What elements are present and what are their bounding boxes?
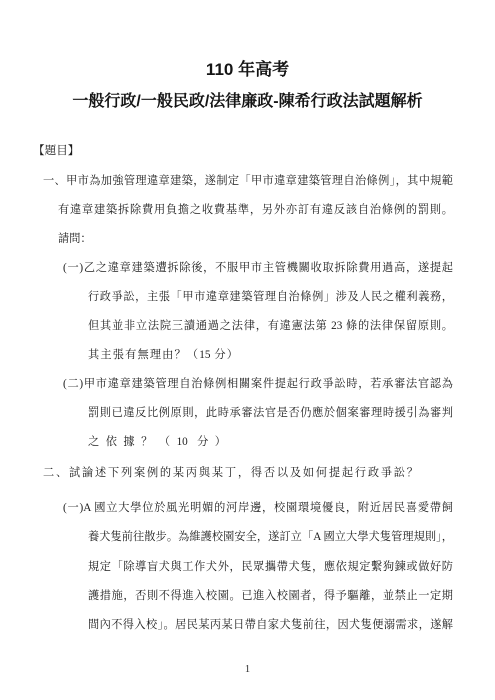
- q1-line-3: 請問：: [58, 231, 92, 247]
- section-heading: 【題目】: [33, 143, 79, 159]
- q2a-line-3: 規定「除導盲犬與工作犬外，民眾攜帶犬隻，應依規定繫狗鍊或做好防: [88, 559, 453, 575]
- q2a-line-2: 養犬隻前往散步。為維護校園安全，遂訂立「A 國立大學犬隻管理規則」，: [88, 529, 453, 545]
- q1a-line-3: 但其並非立法院三讀通過之法律，有違憲法第 23 條的法律保留原則。: [88, 318, 453, 334]
- document-title: 110 年高考: [0, 59, 495, 81]
- q1-line-1: 一、甲市為加強管理違章建築，遂制定「甲市違章建築管理自治條例」，其中規範: [43, 173, 453, 189]
- q1b-line-1: (二)甲市違章建築管理自治條例相關案件提起行政爭訟時，若承審法官認為: [63, 376, 453, 392]
- document-subtitle: 一般行政/一般民政/法律廉政-陳希行政法試題解析: [0, 91, 495, 113]
- q1a-line-1: (一)乙之違章建築遭拆除後，不服甲市主管機關收取拆除費用過高，遂提起: [63, 260, 453, 276]
- q2a-line-1: (一)A 國立大學位於風光明媚的河岸邊，校園環境優良，附近居民喜愛帶飼: [63, 500, 453, 516]
- document-page: 110 年高考 一般行政/一般民政/法律廉政-陳希行政法試題解析 【題目】 一、…: [0, 0, 495, 700]
- q2-line-1: 二、試論述下列案例的某丙與某丁，得否以及如何提起行政爭訟？: [43, 465, 418, 481]
- page-number: 1: [0, 663, 495, 677]
- q2a-line-4: 護措施，否則不得進入校園。已進入校園者，得予驅離，並禁止一定期: [88, 588, 453, 604]
- q1b-line-2: 罰則已違反比例原則，此時承審法官是否仍應於個案審理時援引為審判: [88, 405, 453, 421]
- q2a-line-5: 間內不得入校」。居民某丙某日帶自家犬隻前往，因犬隻便溺需求，遂解: [88, 617, 453, 633]
- q1a-line-2: 行政爭訟，主張「甲市違章建築管理自治條例」涉及人民之權利義務，: [88, 289, 453, 305]
- q1b-line-3: 之依據？（10 分）: [88, 434, 226, 450]
- q1a-line-4: 其主張有無理由？（15 分）: [88, 347, 238, 363]
- q1-line-2: 有違章建築拆除費用負擔之收費基準，另外亦訂有違反該自治條例的罰則。: [58, 202, 453, 218]
